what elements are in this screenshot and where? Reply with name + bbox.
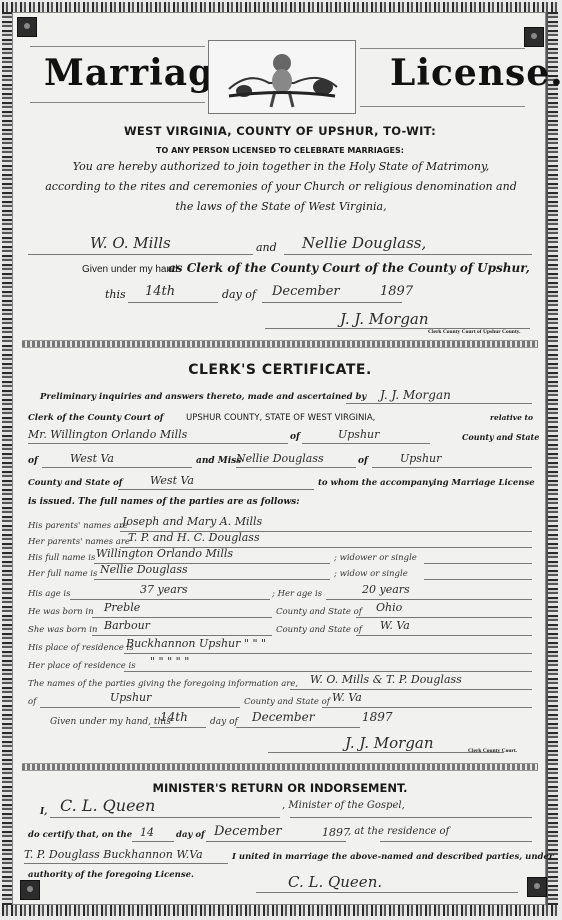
- authorization-line-2: according to the rites and ceremonies of…: [30, 180, 532, 193]
- marriage-month: December: [214, 824, 282, 839]
- her-age-label: ; Her age is: [272, 589, 322, 599]
- clerk-signature: J. J. Morgan: [340, 310, 429, 328]
- ascertained-by: J. J. Morgan: [380, 388, 451, 402]
- his-age-label: His age is: [28, 589, 71, 599]
- informants-state: W. Va: [332, 691, 362, 704]
- her-residence-value: " " " " ": [150, 655, 189, 668]
- this-label: this: [105, 288, 126, 301]
- certificate-heading: CLERK'S CERTIFICATE.: [30, 362, 530, 378]
- license-month: December: [272, 284, 340, 299]
- county-and-state-of-label: County and State of: [28, 478, 122, 488]
- marriage-day: 14: [140, 826, 154, 839]
- license-day: 14th: [145, 284, 175, 299]
- widower-or-single-label: ; widower or single: [334, 553, 417, 563]
- his-parents-label: His parents' names are: [28, 521, 128, 531]
- bride-state: West Va: [150, 474, 194, 487]
- section-divider: [22, 763, 538, 771]
- minister-name: C. L. Queen: [60, 796, 155, 815]
- given-as: as Clerk of the County Court of the Coun…: [168, 261, 530, 275]
- his-residence-label: His place of residence is: [28, 643, 134, 653]
- her-full-name-value: Nellie Douglass: [100, 563, 188, 576]
- corner-ornament-icon: [527, 877, 547, 897]
- certificate-signature: J. J. Morgan: [345, 734, 434, 752]
- authorization-line-1: You are hereby authorized to join togeth…: [30, 160, 532, 173]
- informants-of-label: of: [28, 697, 36, 707]
- her-parents-value: T. P. and H. C. Douglass: [128, 531, 260, 544]
- certificate-signature-caption: Clerk County Court.: [468, 748, 517, 754]
- united-text: I united in marriage the above-named and…: [232, 852, 553, 862]
- and-miss-label: and Miss: [196, 456, 241, 466]
- marriage-day-of-label: day of: [176, 830, 205, 840]
- county-and-state-label: County and State: [462, 432, 539, 442]
- corner-ornament-icon: [20, 880, 40, 900]
- given-prefix: Given under my hand: [82, 264, 178, 275]
- decorative-border-left: [2, 12, 12, 905]
- given-under-hand-label: Given under my hand, this: [50, 717, 171, 727]
- certificate-intro: Preliminary inquiries and answers theret…: [40, 392, 366, 402]
- bride-name: Nellie Douglass,: [302, 234, 426, 252]
- accompanying-text: to whom the accompanying Marriage Licens…: [318, 478, 535, 488]
- marriage-year: 1897: [322, 826, 350, 839]
- she-state-value: W. Va: [380, 619, 410, 632]
- he-state-label: County and State of: [276, 607, 362, 617]
- corner-ornament-icon: [17, 17, 37, 37]
- state-heading: WEST VIRGINIA, COUNTY OF UPSHUR, TO-WIT:: [30, 124, 530, 138]
- of-label-3: of: [358, 456, 368, 466]
- his-full-name-value: Willington Orlando Mills: [96, 547, 233, 560]
- informants-value: W. O. Mills & T. P. Douglass: [310, 673, 462, 686]
- title-license: License.: [390, 52, 562, 94]
- clerk-caption: Clerk County Court of Upshur County.: [428, 329, 521, 335]
- authority-text: authority of the foregoing License.: [28, 870, 194, 880]
- her-parents-label: Her parents' names are: [28, 537, 130, 547]
- groom-county: Upshur: [338, 428, 379, 441]
- minister-signature: C. L. Queen.: [288, 873, 382, 891]
- at-residence-label: , at the residence of: [348, 826, 449, 837]
- widow-or-single-label: ; widow or single: [334, 569, 408, 579]
- marriage-place: T. P. Douglass Buckhannon W.Va: [24, 848, 203, 861]
- given-year: 1897: [362, 710, 393, 724]
- he-state-value: Ohio: [376, 601, 402, 614]
- his-residence-value: Buckhannon Upshur " " ": [126, 637, 266, 650]
- bride-full-name: Nellie Douglass: [236, 452, 324, 465]
- bride-county: Upshur: [400, 452, 441, 465]
- groom-state: West Va: [70, 452, 114, 465]
- informants-county: Upshur: [110, 691, 151, 704]
- her-full-name-label: Her full name is: [28, 569, 97, 579]
- she-born-value: Barbour: [104, 619, 150, 632]
- his-full-name-label: His full name is: [28, 553, 95, 563]
- minister-i-label: I,: [40, 807, 47, 817]
- groom-name: W. O. Mills: [90, 234, 171, 252]
- decorative-border-right: [548, 12, 558, 905]
- day-of-label: day of: [222, 288, 256, 301]
- relative-to: relative to: [490, 413, 533, 422]
- certify-label: do certify that, on the: [28, 830, 132, 840]
- given-day: 14th: [160, 710, 188, 724]
- minister-heading: MINISTER'S RETURN OR INDORSEMENT.: [30, 781, 530, 795]
- given-month: December: [252, 710, 314, 724]
- informants-state-label: County and State of: [244, 697, 330, 707]
- given-day-of-label: day of: [210, 717, 238, 727]
- her-residence-label: Her place of residence is: [28, 661, 136, 671]
- is-issued-text: is issued. The full names of the parties…: [28, 497, 300, 507]
- addressee: TO ANY PERSON LICENSED TO CELEBRATE MARR…: [30, 146, 530, 155]
- cherub-illustration: [208, 40, 356, 114]
- groom-full-name: Mr. Willington Orlando Mills: [28, 428, 187, 441]
- authorization-line-3: the laws of the State of West Virginia,: [30, 200, 532, 213]
- of-label-2: of: [28, 456, 38, 466]
- she-state-label: County and State of: [276, 625, 362, 635]
- section-divider: [22, 340, 538, 348]
- and-label: and: [256, 241, 277, 254]
- he-born-label: He was born in: [28, 607, 94, 617]
- license-title: Marriage License.: [30, 38, 530, 118]
- his-age-value: 37 years: [140, 583, 188, 596]
- she-born-label: She was born in: [28, 625, 97, 635]
- license-year: 1897: [380, 284, 413, 299]
- cherub-icon: [209, 41, 355, 113]
- his-parents-value: Joseph and Mary A. Mills: [122, 515, 262, 528]
- minister-title: , Minister of the Gospel,: [282, 800, 405, 811]
- of-label: of: [290, 432, 300, 442]
- marriage-license-document: Marriage License. WEST VIRGINIA, COUNTY …: [0, 0, 562, 920]
- her-age-value: 20 years: [362, 583, 410, 596]
- county-state: UPSHUR COUNTY, STATE OF WEST VIRGINIA,: [186, 413, 375, 423]
- he-born-value: Preble: [104, 601, 140, 614]
- informants-label: The names of the parties giving the fore…: [28, 679, 298, 689]
- clerk-of-prefix: Clerk of the County Court of: [28, 413, 163, 423]
